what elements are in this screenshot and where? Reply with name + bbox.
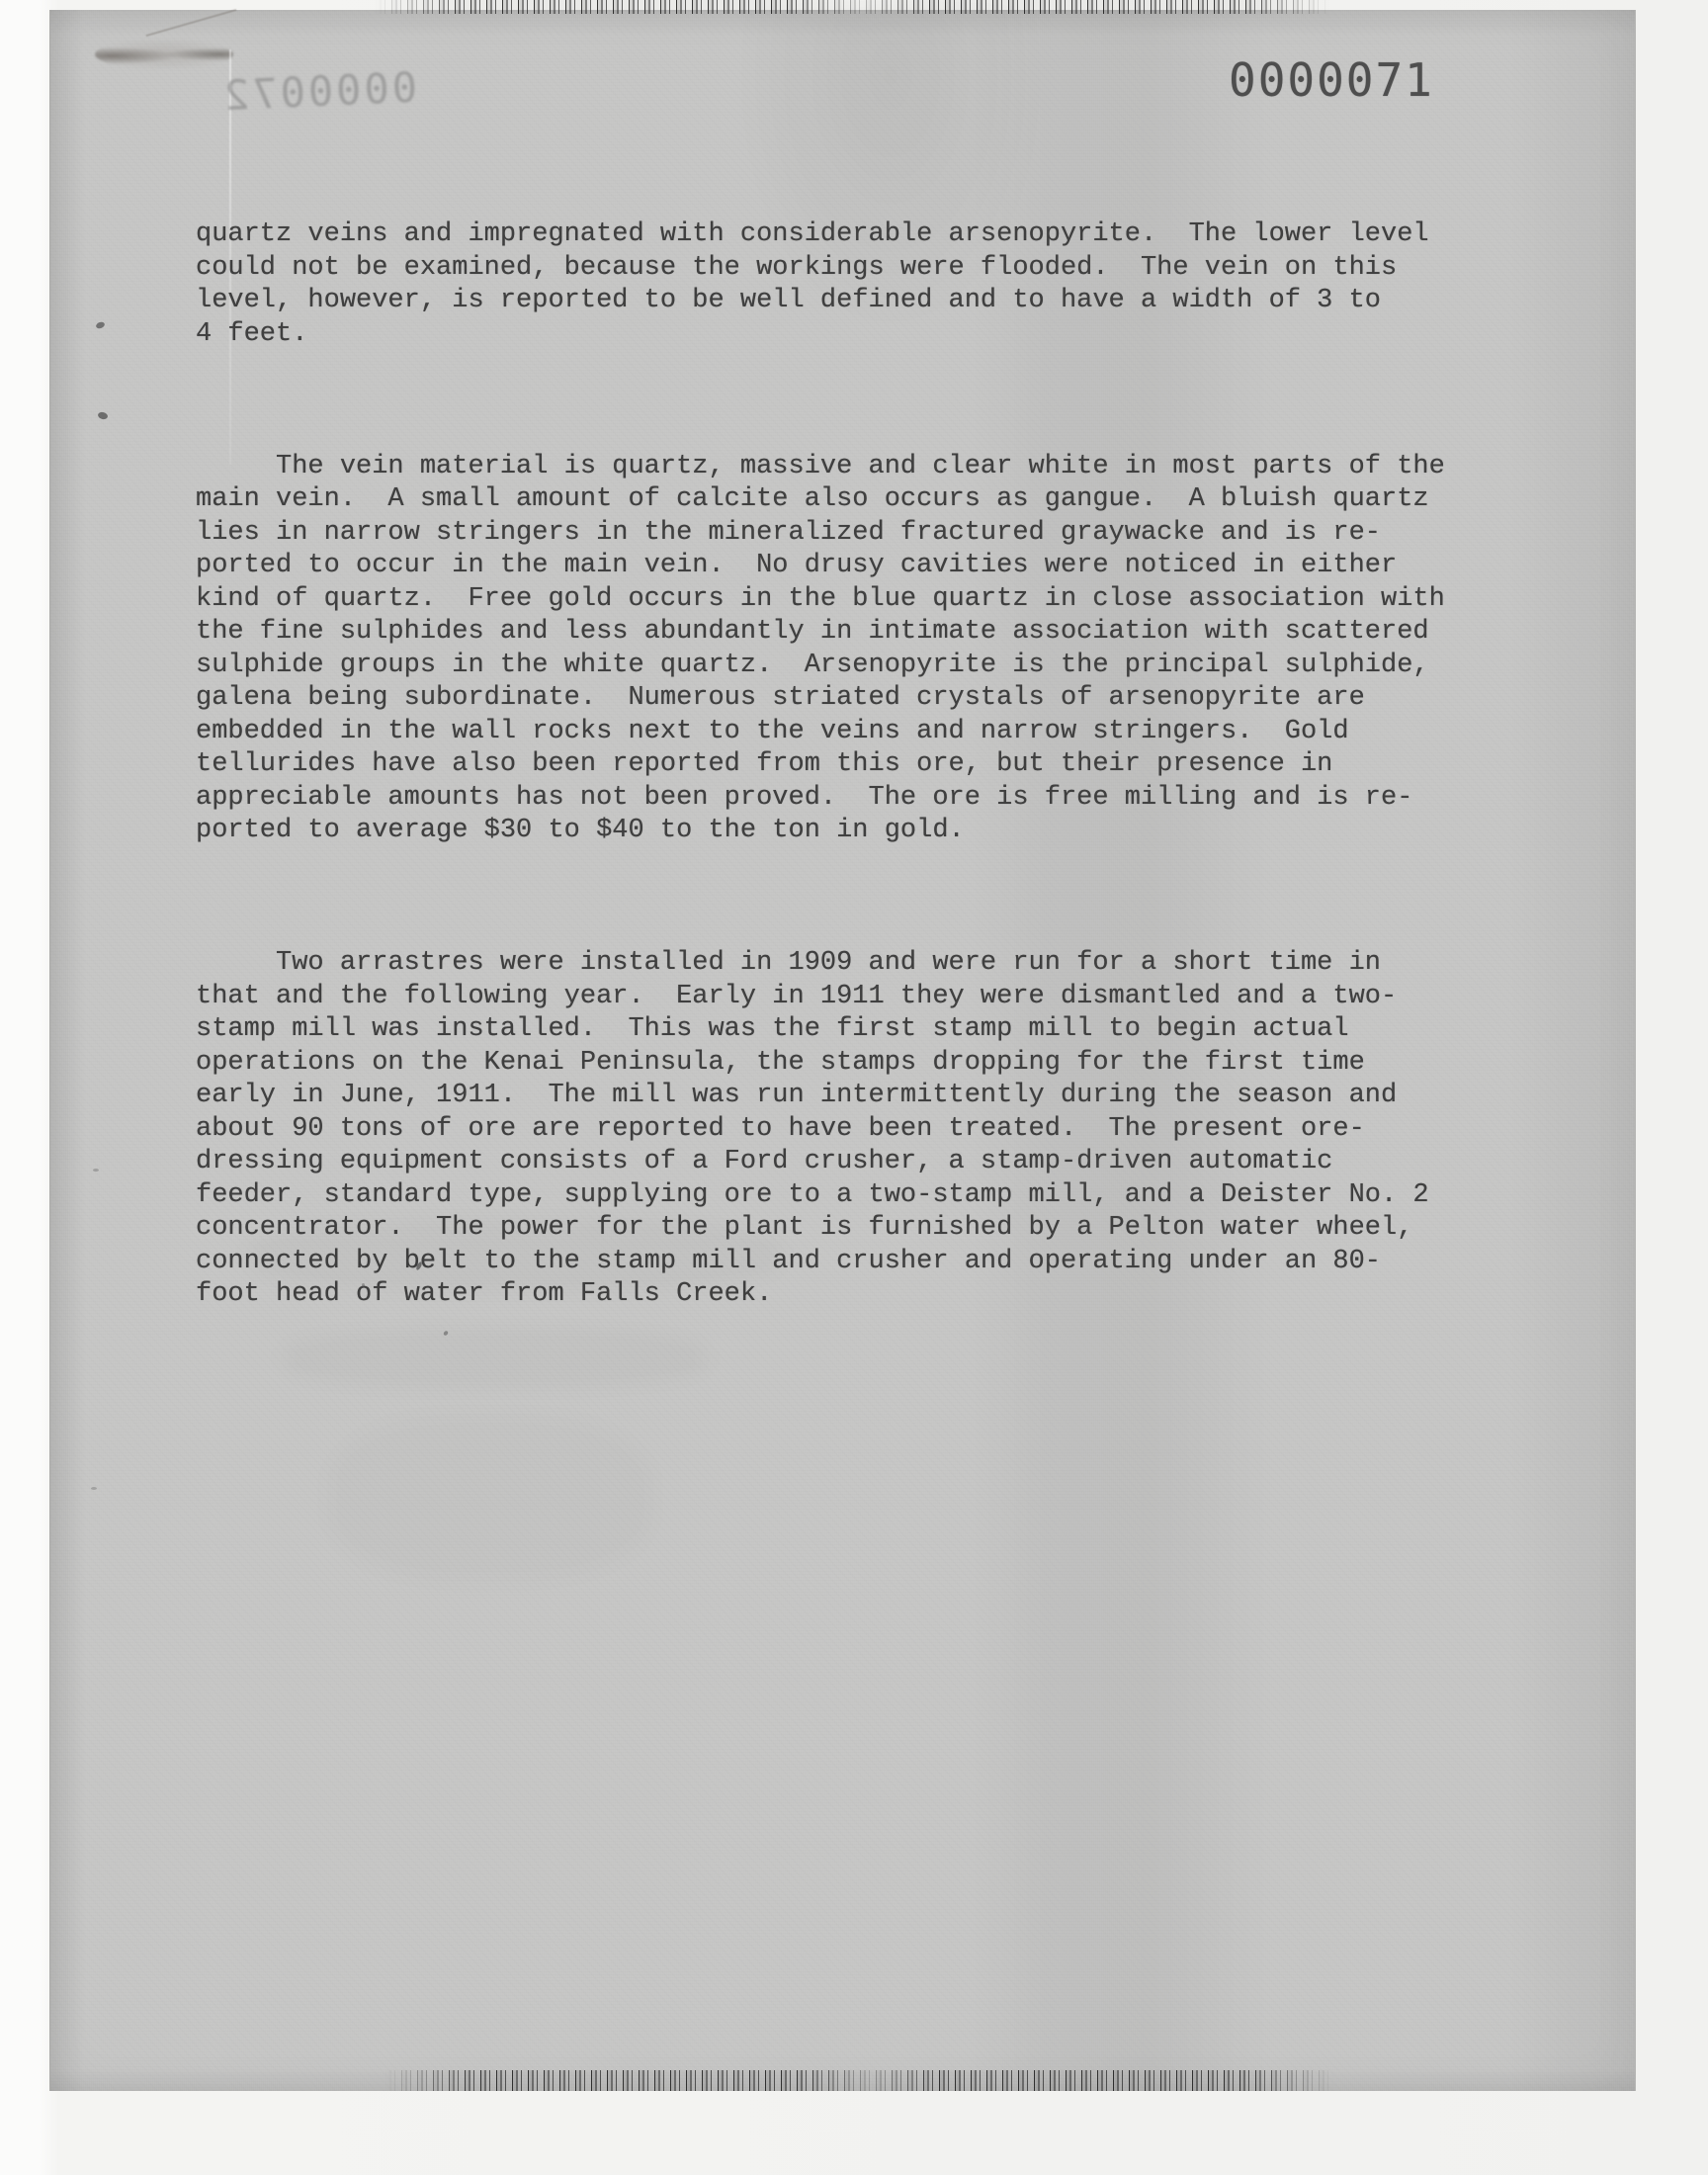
serial-number-stamp: 0000071 — [1229, 53, 1434, 107]
paragraph-1: quartz veins and impregnated with consid… — [196, 218, 1445, 351]
ink-speck — [95, 321, 106, 330]
paragraph-2: The vein material is quartz, massive and… — [196, 451, 1445, 848]
bleedthrough-serial-stamp: 0000072 — [220, 63, 418, 121]
top-edge-scan-streaks — [376, 0, 1329, 14]
ink-speck — [97, 411, 108, 420]
ghost-bleedthrough — [283, 1330, 708, 1387]
ink-speck — [93, 1169, 99, 1172]
bottom-edge-scan-streaks — [385, 2070, 1334, 2091]
ink-speck — [91, 1487, 97, 1490]
paper-crease-line — [146, 9, 237, 37]
typewritten-text-block: quartz veins and impregnated with consid… — [196, 152, 1445, 1378]
ghost-bleedthrough — [248, 1221, 782, 1290]
ghost-bleedthrough — [327, 1414, 653, 1582]
paperclip-smudge-mark — [95, 40, 233, 69]
ink-speck — [362, 1283, 365, 1287]
scanned-document-page: 0000072 0000071 quartz veins and impregn… — [0, 0, 1708, 2175]
paper-sheet: 0000072 0000071 quartz veins and impregn… — [49, 10, 1636, 2091]
